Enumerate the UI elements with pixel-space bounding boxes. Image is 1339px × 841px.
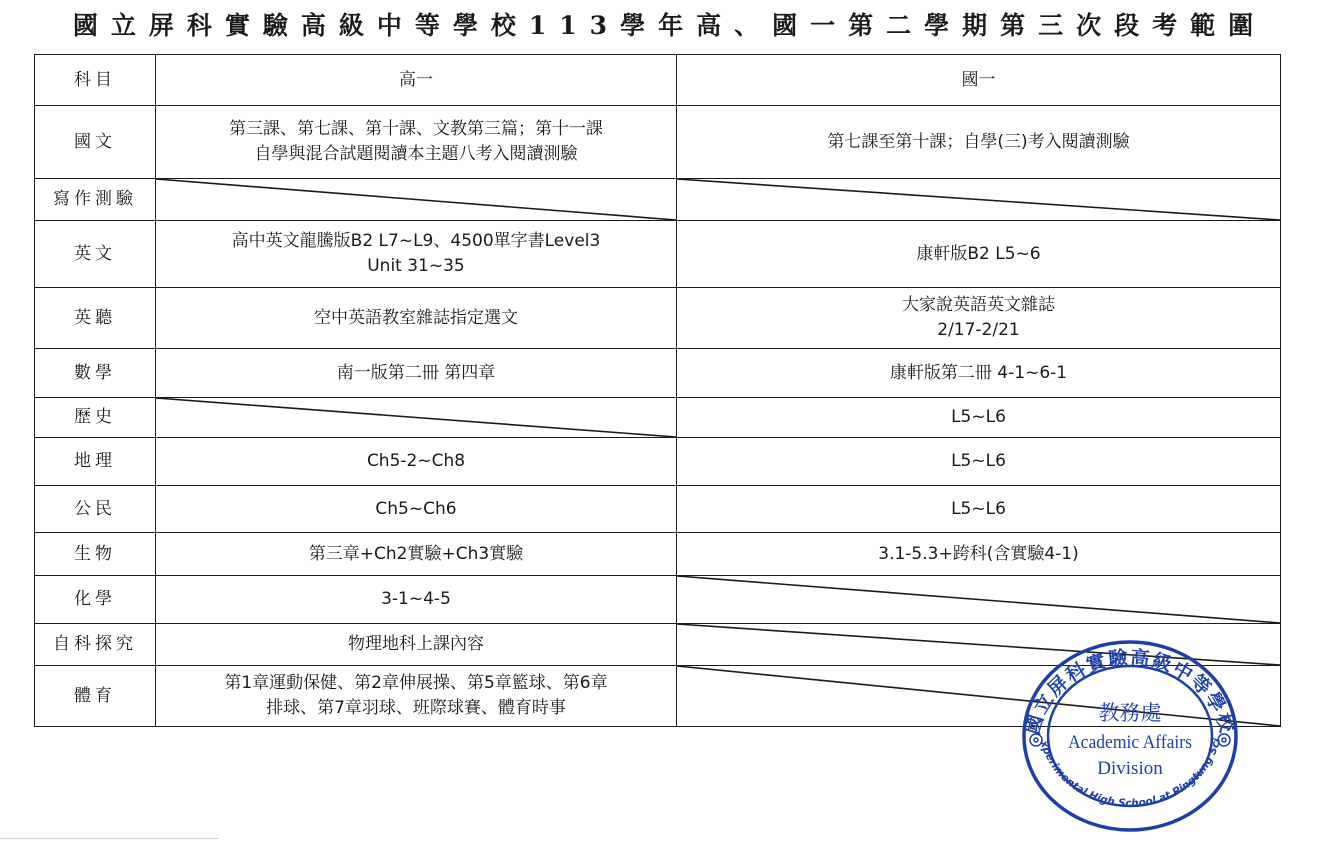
grade10-scope-cell: 高中英文龍騰版B2 L7~L9、4500單字書Level3Unit 31~35 [156,221,677,288]
grade10-scope-cell [156,179,677,221]
grade7-scope-cell: 第七課至第十課；自學(三)考入閱讀測驗 [677,106,1281,179]
grade10-scope-cell: 物理地科上課內容 [156,624,677,666]
stamp-center-zh: 教務處 [1099,701,1162,725]
grade7-scope-cell: L5~L6 [677,486,1281,533]
subject-cell: 公民 [35,486,156,533]
grade10-scope-cell: Ch5-2~Ch8 [156,438,677,486]
header-grade10: 高一 [156,55,677,106]
scope-line: L5~L6 [683,449,1274,474]
scope-line: 第三課、第七課、第十課、文教第三篇；第十一課 [162,117,670,142]
grade10-scope-cell [156,398,677,438]
subject-cell: 國文 [35,106,156,179]
scope-line: L5~L6 [683,405,1274,430]
table-row: 化學3-1~4-5 [35,576,1281,624]
subject-cell: 化學 [35,576,156,624]
scope-line: Ch5~Ch6 [162,497,670,522]
scope-line: 排球、第7章羽球、班際球賽、體育時事 [162,696,670,721]
table-row: 地理Ch5-2~Ch8L5~L6 [35,438,1281,486]
table-row: 英文高中英文龍騰版B2 L7~L9、4500單字書Level3Unit 31~3… [35,221,1281,288]
document-title: 國立屏科實驗高級中等學校113學年高、國一第二學期第三次段考範圍 [0,6,1339,42]
scope-line: 3-1~4-5 [162,587,670,612]
grade7-scope-cell: 康軒版B2 L5~6 [677,221,1281,288]
table-row: 生物第三章+Ch2實驗+Ch3實驗3.1-5.3+跨科(含實驗4-1) [35,533,1281,576]
grade10-scope-cell: Ch5~Ch6 [156,486,677,533]
subject-cell: 地理 [35,438,156,486]
stamp-center-en-1: Academic Affairs [1068,732,1192,753]
grade7-scope-cell: L5~L6 [677,398,1281,438]
table-row: 寫作測驗 [35,179,1281,221]
scope-line: 康軒版B2 L5~6 [683,242,1274,267]
subject-cell: 自科探究 [35,624,156,666]
scope-line: Unit 31~35 [162,254,670,279]
scope-line: 第三章+Ch2實驗+Ch3實驗 [162,542,670,567]
subject-cell: 體育 [35,666,156,727]
subject-cell: 寫作測驗 [35,179,156,221]
scope-line: 大家說英語英文雜誌 [683,293,1274,318]
grade10-scope-cell: 第三課、第七課、第十課、文教第三篇；第十一課自學與混合試題閱讀本主題八考入閱讀測… [156,106,677,179]
exam-scope-table: 科目高一國一國文第三課、第七課、第十課、文教第三篇；第十一課自學與混合試題閱讀本… [34,54,1281,727]
grade10-scope-cell: 3-1~4-5 [156,576,677,624]
grade10-scope-cell: 南一版第二冊 第四章 [156,349,677,398]
academic-affairs-stamp: 國立屏科實驗高級中等學校 National Experimental High … [1018,636,1242,836]
table-row: 英聽空中英語教室雜誌指定選文大家說英語英文雜誌2/17-2/21 [35,288,1281,349]
grade7-scope-cell: L5~L6 [677,438,1281,486]
grade7-scope-cell: 大家說英語英文雜誌2/17-2/21 [677,288,1281,349]
subject-cell: 英文 [35,221,156,288]
grade7-scope-cell [677,179,1281,221]
scope-line: 第1章運動保健、第2章伸展操、第5章籃球、第6章 [162,671,670,696]
grade10-scope-cell: 空中英語教室雜誌指定選文 [156,288,677,349]
scope-line: L5~L6 [683,497,1274,522]
scope-line: 康軒版第二冊 4-1~6-1 [683,361,1274,386]
strike-diagonal [156,398,676,437]
grade7-scope-cell [677,576,1281,624]
strike-diagonal [677,576,1280,623]
stamp-center-en-2: Division [1097,758,1163,779]
header-grade7: 國一 [677,55,1281,106]
strike-diagonal [677,179,1280,220]
grade10-scope-cell: 第1章運動保健、第2章伸展操、第5章籃球、第6章排球、第7章羽球、班際球賽、體育… [156,666,677,727]
scope-line: 3.1-5.3+跨科(含實驗4-1) [683,542,1274,567]
subject-cell: 歷史 [35,398,156,438]
table-row: 歷史L5~L6 [35,398,1281,438]
scope-line: 空中英語教室雜誌指定選文 [162,306,670,331]
scope-line: 第七課至第十課；自學(三)考入閱讀測驗 [683,130,1274,155]
grade7-scope-cell: 3.1-5.3+跨科(含實驗4-1) [677,533,1281,576]
scope-line: 物理地科上課內容 [162,632,670,657]
table-row: 國文第三課、第七課、第十課、文教第三篇；第十一課自學與混合試題閱讀本主題八考入閱… [35,106,1281,179]
scope-line: 南一版第二冊 第四章 [162,361,670,386]
header-subject: 科目 [35,55,156,106]
grade10-scope-cell: 第三章+Ch2實驗+Ch3實驗 [156,533,677,576]
scan-edge-line [0,838,218,839]
subject-cell: 英聽 [35,288,156,349]
scope-line: 高中英文龍騰版B2 L7~L9、4500單字書Level3 [162,229,670,254]
scope-line: 2/17-2/21 [683,318,1274,343]
table-row: 數學南一版第二冊 第四章康軒版第二冊 4-1~6-1 [35,349,1281,398]
scope-line: Ch5-2~Ch8 [162,449,670,474]
subject-cell: 數學 [35,349,156,398]
scope-line: 自學與混合試題閱讀本主題八考入閱讀測驗 [162,142,670,167]
strike-diagonal [156,179,676,220]
table-row: 公民Ch5~Ch6L5~L6 [35,486,1281,533]
subject-cell: 生物 [35,533,156,576]
header-row: 科目高一國一 [35,55,1281,106]
grade7-scope-cell: 康軒版第二冊 4-1~6-1 [677,349,1281,398]
